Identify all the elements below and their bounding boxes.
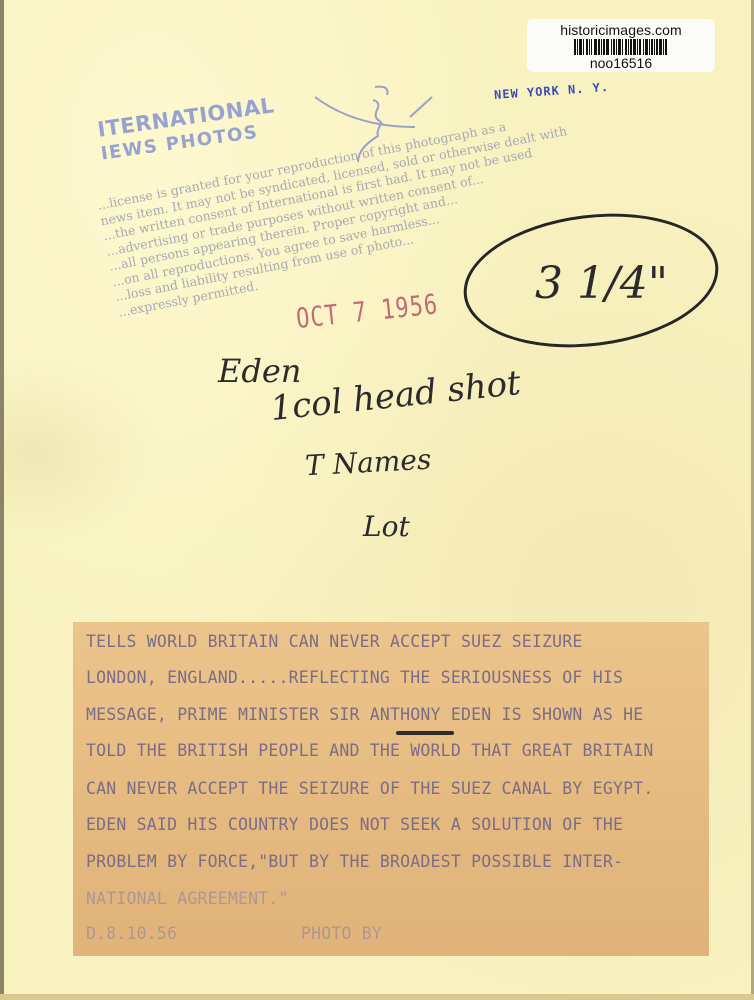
caption-snipe: TELLS WORLD BRITAIN CAN NEVER ACCEPT SUE… <box>73 622 709 956</box>
caption-line: NATIONAL AGREEMENT." <box>86 889 289 908</box>
barcode-label: historicimages.com noo16516 <box>527 19 715 72</box>
agency-stamp: ITERNATIONAL IEWS PHOTOS <box>96 93 279 164</box>
barcode-icon <box>556 39 686 55</box>
caption-footer-date: D.8.10.56 <box>86 924 177 943</box>
date-stamp: OCT 7 1956 <box>295 290 440 336</box>
note-name: Eden <box>218 352 301 390</box>
eden-underline <box>396 731 454 735</box>
label-code: noo16516 <box>527 55 715 71</box>
note-lot: Lot <box>363 510 410 543</box>
note-names: T Names <box>304 443 432 483</box>
photo-edge-left <box>0 0 4 1000</box>
size-note: 3 1/4" <box>535 258 668 309</box>
photo-edge-bottom <box>0 994 754 1000</box>
caption-footer-credit: PHOTO BY <box>301 924 382 943</box>
caption-headline: TELLS WORLD BRITAIN CAN NEVER ACCEPT SUE… <box>86 632 583 651</box>
caption-line: PROBLEM BY FORCE,"BUT BY THE BROADEST PO… <box>86 852 623 871</box>
caption-line: EDEN SAID HIS COUNTRY DOES NOT SEEK A SO… <box>86 815 623 834</box>
caption-line: MESSAGE, PRIME MINISTER SIR ANTHONY EDEN… <box>86 705 643 724</box>
label-site: historicimages.com <box>527 22 715 38</box>
caption-line: TOLD THE BRITISH PEOPLE AND THE WORLD TH… <box>86 741 654 760</box>
note-crop: 1col head shot <box>269 363 523 429</box>
caption-line: LONDON, ENGLAND.....REFLECTING THE SERIO… <box>86 668 623 687</box>
location-stamp: NEW YORK N. Y. <box>494 80 610 102</box>
caption-line: CAN NEVER ACCEPT THE SEIZURE OF THE SUEZ… <box>86 779 654 798</box>
